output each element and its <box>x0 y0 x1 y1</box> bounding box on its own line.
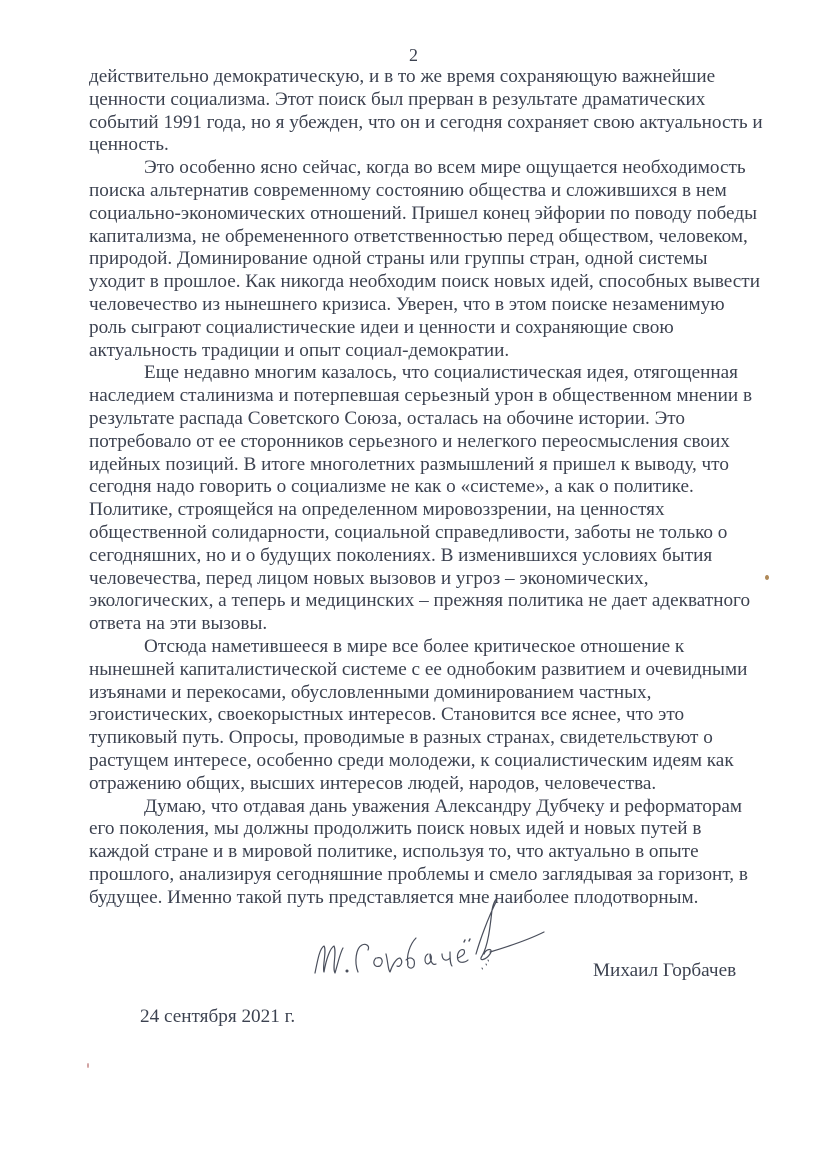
document-page: 2 действительно демократическую, и в то … <box>0 0 827 1169</box>
letter-date: 24 сентября 2021 г. <box>140 1006 295 1029</box>
text-line: тупиковый путь. Опросы, проводимые в раз… <box>89 727 789 750</box>
text-line: поиска альтернатив современному состояни… <box>89 180 789 203</box>
text-line: роль сыграют социалистические идеи и цен… <box>89 317 789 340</box>
text-line: нынешней капиталистической системе с ее … <box>89 659 789 682</box>
text-line: актуальность традиции и опыт социал-демо… <box>89 340 789 363</box>
scan-speck <box>87 1063 89 1068</box>
text-line: событий 1991 года, но я убежден, что он … <box>89 112 789 135</box>
text-line: экологических, а теперь и медицинских – … <box>89 590 789 613</box>
text-line: человечество из нынешнего кризиса. Увере… <box>89 294 789 317</box>
text-line: Отсюда наметившееся в мире все более кри… <box>89 636 789 659</box>
text-line: Еще недавно многим казалось, что социали… <box>89 362 789 385</box>
text-line: его поколения, мы должны продолжить поис… <box>89 818 789 841</box>
paragraph-3: Еще недавно многим казалось, что социали… <box>89 362 789 636</box>
text-line: сегодня надо говорить о социализме не ка… <box>89 476 789 499</box>
text-line: ответа на эти вызовы. <box>89 613 789 636</box>
signer-name: Михаил Горбачев <box>593 960 736 983</box>
text-line: результате распада Советского Союза, ост… <box>89 408 789 431</box>
text-line: эгоистических, своекорыстных интересов. … <box>89 704 789 727</box>
text-line: ценность. <box>89 134 789 157</box>
text-line: Это особенно ясно сейчас, когда во всем … <box>89 157 789 180</box>
text-line: Думаю, что отдавая дань уважения Алексан… <box>89 796 789 819</box>
text-line: природой. Доминирование одной страны или… <box>89 248 789 271</box>
text-line: ценности социализма. Этот поиск был прер… <box>89 89 789 112</box>
text-line: каждой стране и в мировой политике, испо… <box>89 841 789 864</box>
text-line: уходит в прошлое. Как никогда необходим … <box>89 271 789 294</box>
letter-body: действительно демократическую, и в то же… <box>89 66 789 909</box>
text-line: Политике, строящейся на определенном мир… <box>89 499 789 522</box>
paragraph-4: Отсюда наметившееся в мире все более кри… <box>89 636 789 796</box>
paragraph-1: действительно демократическую, и в то же… <box>89 66 789 157</box>
text-line: отражению общих, высших интересов людей,… <box>89 773 789 796</box>
text-line: сегодняшних, но и о будущих поколениях. … <box>89 545 789 568</box>
text-line: растущем интересе, особенно среди молоде… <box>89 750 789 773</box>
text-line: действительно демократическую, и в то же… <box>89 66 789 89</box>
text-line: социально-экономических отношений. Прише… <box>89 203 789 226</box>
text-line: изъянами и перекосами, обусловленными до… <box>89 682 789 705</box>
paragraph-2: Это особенно ясно сейчас, когда во всем … <box>89 157 789 362</box>
scan-speck <box>765 575 769 580</box>
text-line: человечества, перед лицом новых вызовов … <box>89 568 789 591</box>
page-number: 2 <box>0 44 827 67</box>
text-line: капитализма, не обремененного ответствен… <box>89 226 789 249</box>
text-line: наследием сталинизма и потерпевшая серье… <box>89 385 789 408</box>
text-line: потребовало от ее сторонников серьезного… <box>89 431 789 454</box>
text-line: прошлого, анализируя сегодняшние проблем… <box>89 864 789 887</box>
text-line: общественной солидарности, социальной сп… <box>89 522 789 545</box>
handwritten-signature <box>310 888 610 988</box>
text-line: идейных позиций. В итоге многолетних раз… <box>89 454 789 477</box>
